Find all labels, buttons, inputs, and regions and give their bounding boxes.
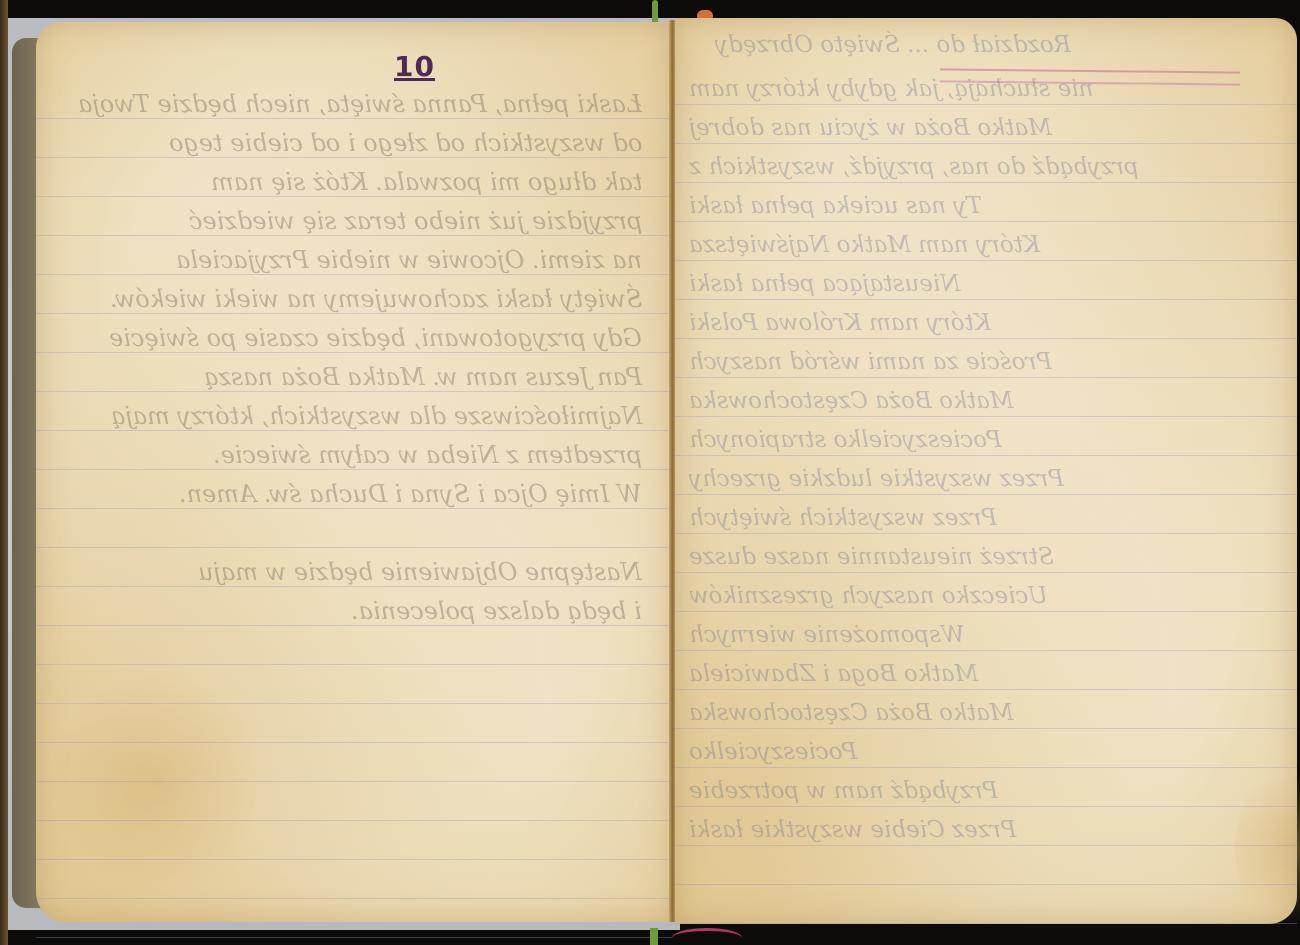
ruled-line <box>36 664 672 665</box>
handwritten-line: Który nam Królowa Polski <box>689 310 991 336</box>
ruled-line <box>675 494 1297 495</box>
ruled-line <box>675 260 1297 261</box>
ruled-line <box>675 299 1297 300</box>
ruled-line <box>675 143 1297 144</box>
ruled-line <box>675 689 1297 690</box>
handwritten-line: Przez wszystkich świętych <box>689 505 997 531</box>
ruled-line <box>675 923 1297 924</box>
ruled-line <box>675 845 1297 846</box>
ruled-line <box>36 898 672 899</box>
ruled-line <box>675 455 1297 456</box>
ruled-line <box>36 547 672 548</box>
handwritten-line: Nieustająca pełna łaski <box>689 271 960 297</box>
handwritten-line: Przez wszystkie ludzkie grzechy <box>689 466 1064 492</box>
handwritten-line: Ty nas ucieka pełna łaski <box>689 193 982 219</box>
handwritten-line: Pocieszycielko strapionych <box>689 427 1002 453</box>
handwritten-line: na ziemi. Ojcowie w niebie Przyjaciela <box>176 246 642 274</box>
ruled-line <box>36 274 672 275</box>
ruled-line <box>36 859 672 860</box>
handwritten-line: Łaski pełna, Panna święta, niech będzie … <box>78 90 642 118</box>
age-stain <box>1235 758 1300 938</box>
page-heading: Rozdział do ... Święto Obrzędy <box>715 32 1071 58</box>
ruled-line <box>36 742 672 743</box>
ruled-line <box>36 391 672 392</box>
handwritten-line: Proście za nami wśród naszych <box>689 349 1052 375</box>
handwritten-line: Matko Boga i Zbawiciela <box>689 661 978 687</box>
ruled-line <box>36 820 672 821</box>
ruled-line <box>675 611 1297 612</box>
ruled-line <box>675 533 1297 534</box>
ruled-line <box>675 377 1297 378</box>
handwritten-line: nie słuchają, jak gdyby którzy nam <box>689 76 1093 102</box>
handwritten-line: Wspomożenie wiernych <box>689 622 965 648</box>
page-number: 10 <box>394 50 435 83</box>
ruled-line <box>36 508 672 509</box>
ruled-line <box>36 157 672 158</box>
ruled-line <box>36 235 672 236</box>
ruled-line <box>675 416 1297 417</box>
ruled-line <box>675 884 1297 885</box>
scan-edge <box>0 0 8 945</box>
ruled-line <box>675 182 1297 183</box>
ruled-line <box>36 430 672 431</box>
ruled-line <box>675 338 1297 339</box>
handwritten-line: i będą dalsze polecenia. <box>351 597 642 625</box>
handwritten-line: W Imię Ojca i Syna i Ducha św. Amen. <box>179 480 642 508</box>
handwritten-line: przedtem z Nieba w całym świecie. <box>213 441 642 469</box>
handwritten-line: Strzeż nieustannie nasze dusze <box>689 544 1054 570</box>
ruled-line <box>36 937 672 938</box>
handwritten-line: Najmiłościwsze dla wszystkich, którzy ma… <box>111 402 642 430</box>
ruled-line <box>675 104 1297 105</box>
handwritten-line: Przybądź nam w potrzebie <box>689 778 998 804</box>
handwritten-line: od wszystkich od złego i od ciebie tego <box>169 129 642 157</box>
handwritten-line: Następne Objawienie będzie w maju <box>198 558 642 586</box>
handwritten-line: tak długo mi pozwala. Któż się nam <box>211 168 642 196</box>
handwritten-line: Święty łaski zachowujemy na wieki wieków… <box>110 285 642 313</box>
ruled-line <box>36 118 672 119</box>
ruled-line <box>36 781 672 782</box>
ruled-line <box>675 650 1297 651</box>
ruled-line <box>675 572 1297 573</box>
handwritten-line: Pan Jezus nam w. Matka Boża naszą <box>204 363 642 391</box>
left-page: 10 Łaski pełna, Panna święta, niech będz… <box>36 22 672 922</box>
handwritten-line: Matko Boża Częstochowska <box>689 700 1013 726</box>
age-stain <box>56 662 256 902</box>
ruled-line <box>36 469 672 470</box>
right-page: Rozdział do ... Święto Obrzędynie słucha… <box>675 18 1297 924</box>
ruled-line <box>36 352 672 353</box>
handwritten-line: Pocieszycielko <box>689 739 857 765</box>
ruled-line <box>36 625 672 626</box>
ruled-line <box>675 728 1297 729</box>
ruled-line <box>36 196 672 197</box>
handwritten-line: przybądź do nas, przyjdź, wszystkich z <box>689 154 1139 180</box>
handwritten-line: przyjdzie już niebo teraz się wiedzieć <box>189 207 642 235</box>
handwritten-line: Gdy przygotowani, będzie czasie po święc… <box>109 324 642 352</box>
ruled-line <box>675 221 1297 222</box>
handwritten-line: Matko Boża Częstochowska <box>689 388 1013 414</box>
ruled-line <box>36 703 672 704</box>
handwritten-line: Ucieczko naszych grzeszników <box>689 583 1048 609</box>
ruled-line <box>675 767 1297 768</box>
bookmark-ribbon-end-red <box>672 928 742 945</box>
handwritten-line: Który nam Matko Najświętsza <box>689 232 1040 258</box>
ruled-line <box>36 313 672 314</box>
ruled-line <box>36 586 672 587</box>
ruled-line <box>675 806 1297 807</box>
handwritten-line: Przez Ciebie wszystkie łaski <box>689 817 1016 843</box>
handwritten-line: Matko Boża w życiu nas dobrej <box>689 115 1052 141</box>
bookmark-ribbon-end-green <box>650 928 658 945</box>
